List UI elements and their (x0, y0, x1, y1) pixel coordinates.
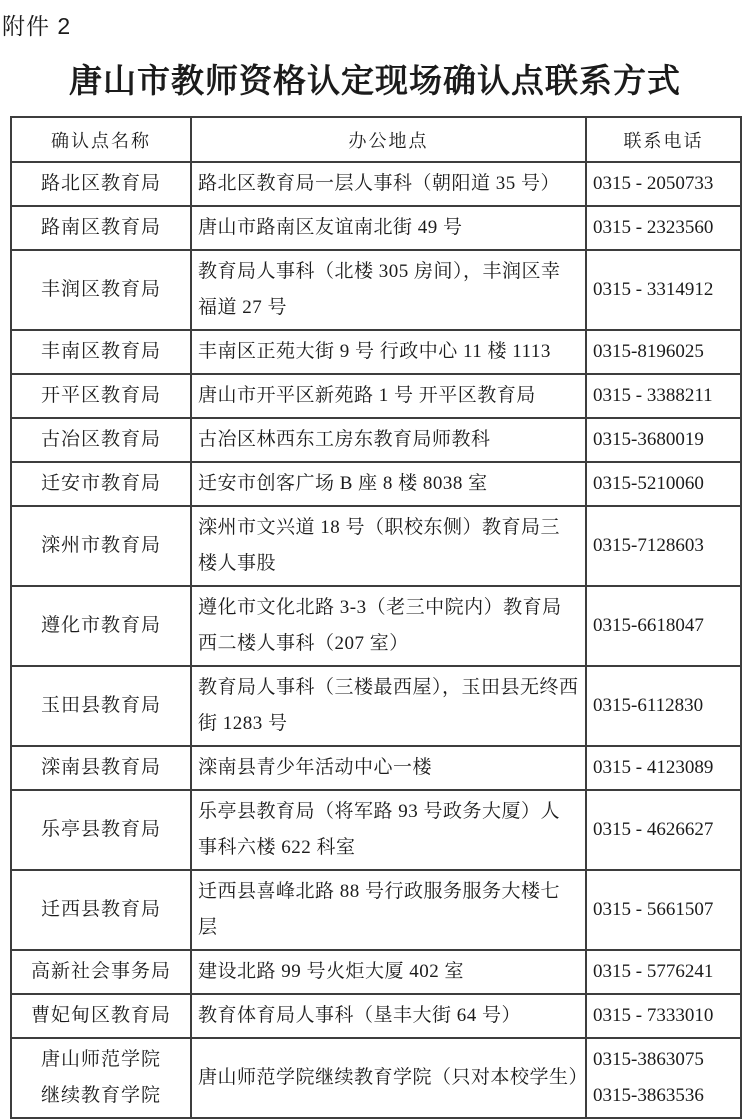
table-row: 古冶区教育局 古冶区林西东工房东教育局师教科 0315-3680019 (11, 418, 741, 462)
office-address: 教育局人事科（三楼最西屋），玉田县无终西街 1283 号 (191, 666, 586, 746)
contact-phone: 0315-6618047 (586, 586, 741, 666)
page-title: 唐山市教师资格认定现场确认点联系方式 (0, 55, 750, 102)
contact-phone: 0315-8196025 (586, 330, 741, 374)
office-address: 乐亭县教育局（将军路 93 号政务大厦）人事科六楼 622 科室 (191, 790, 586, 870)
contact-phone: 0315 - 5776241 (586, 950, 741, 994)
confirm-point-name: 路南区教育局 (11, 206, 191, 250)
office-address: 唐山市开平区新苑路 1 号 开平区教育局 (191, 374, 586, 418)
confirm-point-name: 曹妃甸区教育局 (11, 994, 191, 1038)
table-row: 玉田县教育局 教育局人事科（三楼最西屋），玉田县无终西街 1283 号 0315… (11, 666, 741, 746)
column-header-phone: 联系电话 (586, 117, 741, 162)
table-row: 路南区教育局 唐山市路南区友谊南北街 49 号 0315 - 2323560 (11, 206, 741, 250)
table-row: 唐山师范学院 继续教育学院 唐山师范学院继续教育学院（只对本校学生） 0315-… (11, 1038, 741, 1118)
office-address: 迁安市创客广场 B 座 8 楼 8038 室 (191, 462, 586, 506)
contact-phone: 0315 - 2050733 (586, 162, 741, 206)
confirm-point-name: 滦南县教育局 (11, 746, 191, 790)
document-page: 附件 2 唐山市教师资格认定现场确认点联系方式 确认点名称 办公地点 联系电话 … (0, 0, 750, 1119)
table-row: 丰润区教育局 教育局人事科（北楼 305 房间），丰润区幸福道 27 号 031… (11, 250, 741, 330)
confirm-point-name: 丰润区教育局 (11, 250, 191, 330)
contact-phone: 0315 - 2323560 (586, 206, 741, 250)
confirm-point-name: 唐山师范学院 继续教育学院 (11, 1038, 191, 1118)
office-address: 路北区教育局一层人事科（朝阳道 35 号） (191, 162, 586, 206)
confirm-point-name: 遵化市教育局 (11, 586, 191, 666)
column-header-name: 确认点名称 (11, 117, 191, 162)
contact-phone: 0315 - 3388211 (586, 374, 741, 418)
confirm-point-name: 高新社会事务局 (11, 950, 191, 994)
confirm-point-name: 开平区教育局 (11, 374, 191, 418)
column-header-address: 办公地点 (191, 117, 586, 162)
confirm-point-name: 迁安市教育局 (11, 462, 191, 506)
office-address: 教育体育局人事科（垦丰大街 64 号） (191, 994, 586, 1038)
contact-phone: 0315-7128603 (586, 506, 741, 586)
office-address: 丰南区正苑大街 9 号 行政中心 11 楼 1113 (191, 330, 586, 374)
office-address: 唐山市路南区友谊南北街 49 号 (191, 206, 586, 250)
table-row: 迁安市教育局 迁安市创客广场 B 座 8 楼 8038 室 0315-52100… (11, 462, 741, 506)
contact-table: 确认点名称 办公地点 联系电话 路北区教育局 路北区教育局一层人事科（朝阳道 3… (10, 116, 742, 1119)
contact-phone: 0315 - 4123089 (586, 746, 741, 790)
office-address: 建设北路 99 号火炬大厦 402 室 (191, 950, 586, 994)
office-address: 古冶区林西东工房东教育局师教科 (191, 418, 586, 462)
office-address: 唐山师范学院继续教育学院（只对本校学生） (191, 1038, 586, 1118)
table-row: 丰南区教育局 丰南区正苑大街 9 号 行政中心 11 楼 1113 0315-8… (11, 330, 741, 374)
office-address: 教育局人事科（北楼 305 房间），丰润区幸福道 27 号 (191, 250, 586, 330)
confirm-point-name: 路北区教育局 (11, 162, 191, 206)
contact-phone: 0315-5210060 (586, 462, 741, 506)
confirm-point-name: 丰南区教育局 (11, 330, 191, 374)
table-row: 路北区教育局 路北区教育局一层人事科（朝阳道 35 号） 0315 - 2050… (11, 162, 741, 206)
table-row: 迁西县教育局 迁西县喜峰北路 88 号行政服务服务大楼七层 0315 - 566… (11, 870, 741, 950)
table-row: 滦州市教育局 滦州市文兴道 18 号（职校东侧）教育局三楼人事股 0315-71… (11, 506, 741, 586)
contact-phone: 0315 - 7333010 (586, 994, 741, 1038)
confirm-point-name: 滦州市教育局 (11, 506, 191, 586)
confirm-point-name: 迁西县教育局 (11, 870, 191, 950)
confirm-point-name: 玉田县教育局 (11, 666, 191, 746)
table-row: 乐亭县教育局 乐亭县教育局（将军路 93 号政务大厦）人事科六楼 622 科室 … (11, 790, 741, 870)
attachment-label: 附件 2 (0, 8, 750, 41)
table-row: 开平区教育局 唐山市开平区新苑路 1 号 开平区教育局 0315 - 33882… (11, 374, 741, 418)
contact-phone: 0315 - 4626627 (586, 790, 741, 870)
office-address: 遵化市文化北路 3-3（老三中院内）教育局西二楼人事科（207 室） (191, 586, 586, 666)
office-address: 滦南县青少年活动中心一楼 (191, 746, 586, 790)
contact-phone: 0315-3680019 (586, 418, 741, 462)
table-row: 滦南县教育局 滦南县青少年活动中心一楼 0315 - 4123089 (11, 746, 741, 790)
table-row: 曹妃甸区教育局 教育体育局人事科（垦丰大街 64 号） 0315 - 73330… (11, 994, 741, 1038)
table-row: 高新社会事务局 建设北路 99 号火炬大厦 402 室 0315 - 57762… (11, 950, 741, 994)
confirm-point-name: 古冶区教育局 (11, 418, 191, 462)
contact-phone: 0315-6112830 (586, 666, 741, 746)
contact-phone: 0315 - 3314912 (586, 250, 741, 330)
table-header-row: 确认点名称 办公地点 联系电话 (11, 117, 741, 162)
table-row: 遵化市教育局 遵化市文化北路 3-3（老三中院内）教育局西二楼人事科（207 室… (11, 586, 741, 666)
office-address: 滦州市文兴道 18 号（职校东侧）教育局三楼人事股 (191, 506, 586, 586)
contact-phone: 0315-3863075 0315-3863536 (586, 1038, 741, 1118)
confirm-point-name: 乐亭县教育局 (11, 790, 191, 870)
office-address: 迁西县喜峰北路 88 号行政服务服务大楼七层 (191, 870, 586, 950)
contact-phone: 0315 - 5661507 (586, 870, 741, 950)
